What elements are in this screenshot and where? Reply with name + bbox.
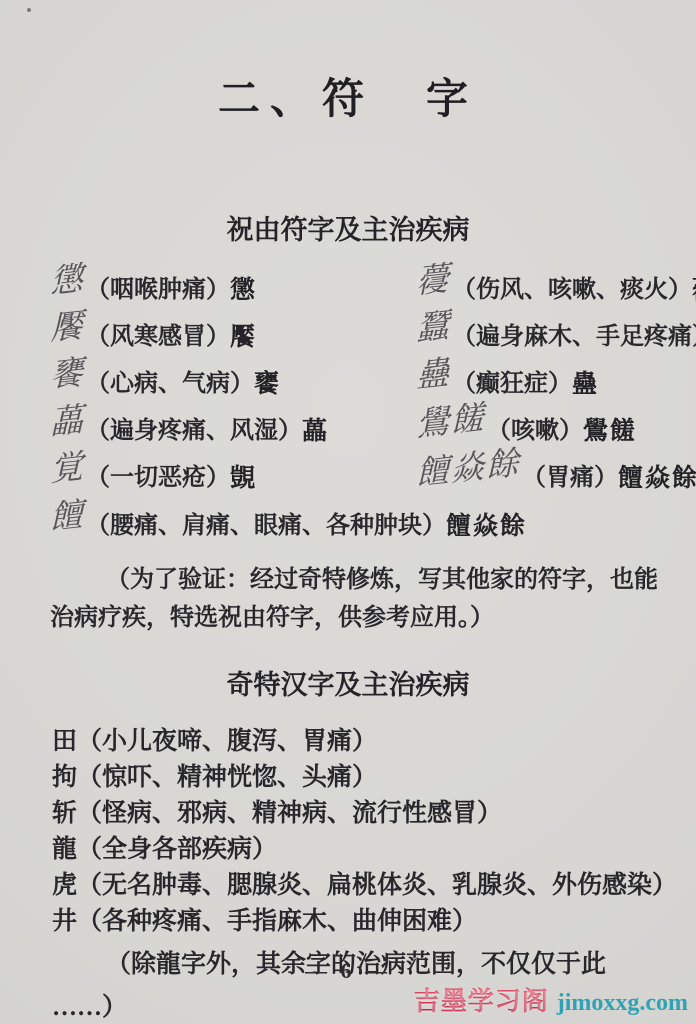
- printed-talisman-glyph: 饜: [230, 317, 257, 353]
- character-line: 拘（惊吓、精神恍惚、头痛）: [52, 760, 670, 796]
- disease-text: （一切恶疮）: [86, 457, 230, 492]
- talisman-list: 懲 （咽喉肿痛） 懲 蘉 （伤风、咳嗽、痰火） 蘉 饜 （风寒感冒） 饜 蠶 （…: [50, 263, 670, 547]
- hand-drawn-talisman-glyph: 蘉: [416, 263, 451, 300]
- talisman-row-pair: 饔 （心病、气病） 饔 蠱 （癫狂症） 蠱: [50, 357, 670, 404]
- disease-text: （癫狂症）: [452, 363, 572, 398]
- hand-drawn-talisman-glyph: 饘: [50, 499, 85, 536]
- disease-text: （咽喉肿痛）: [86, 269, 230, 304]
- printed-talisman-glyph: 饘焱餘: [618, 458, 696, 494]
- healing-character: 拘: [52, 764, 77, 791]
- talisman-row-pair: 懲 （咽喉肿痛） 懲 蘉 （伤风、咳嗽、痰火） 蘉: [50, 263, 670, 310]
- character-line: 斩（怪病、邪病、精神病、流行性感冒）: [52, 796, 670, 832]
- disease-text: （各种疼痛、手指麻木、曲伸困难）: [77, 908, 477, 935]
- disease-text: （遍身麻木、手足疼痛）: [452, 316, 696, 351]
- hand-drawn-talisman-glyph: 蠱: [416, 357, 451, 394]
- talisman-row: 藟 （遍身疼痛、风湿） 藟: [50, 404, 416, 451]
- hand-drawn-talisman-glyph: 鷽饈: [416, 402, 486, 442]
- disease-text: （小儿夜啼、腹泻、胃痛）: [77, 728, 377, 755]
- talisman-row-pair: 覚 （一切恶疮） 覬 饘焱餘 （胃痛） 饘焱餘: [50, 451, 670, 498]
- printed-talisman-glyph: 鷽饈: [583, 411, 637, 447]
- scan-speck: [27, 8, 31, 12]
- printed-talisman-glyph: 懲: [230, 270, 257, 306]
- talisman-row: 蠶 （遍身麻木、手足疼痛） 蠶: [416, 310, 696, 357]
- hand-drawn-talisman-glyph: 懲: [50, 263, 85, 300]
- talisman-row: 蠱 （癫狂症） 蠱: [416, 357, 670, 404]
- section1-heading: 祝由符字及主治疾病: [0, 126, 696, 247]
- hand-drawn-talisman-glyph: 饜: [50, 310, 85, 347]
- section2-heading: 奇特汉字及主治疾病: [0, 637, 696, 702]
- hand-drawn-talisman-glyph: 覚: [50, 451, 85, 488]
- healing-character: 斩: [52, 800, 77, 827]
- scanned-book-page: 二、符 字 祝由符字及主治疾病 懲 （咽喉肿痛） 懲 蘉 （伤风、咳嗽、痰火） …: [0, 0, 696, 1024]
- printed-talisman-glyph: 饘焱餘: [446, 506, 527, 542]
- talisman-row: 饘焱餘 （胃痛） 饘焱餘: [416, 451, 696, 498]
- watermark: 吉墨学习阁 jimoxxg.com: [414, 981, 688, 1018]
- printed-talisman-glyph: 藟: [302, 411, 329, 447]
- disease-text: （遍身疼痛、风湿）: [86, 410, 302, 445]
- healing-character: 田: [52, 728, 77, 755]
- character-line: 龍（全身各部疾病）: [52, 832, 670, 868]
- talisman-row: 鷽饈 （咳嗽） 鷽饈: [416, 404, 670, 451]
- hand-drawn-talisman-glyph: 饘焱餘: [416, 447, 521, 491]
- disease-text: （心病、气病）: [86, 363, 254, 398]
- talisman-row: 饔 （心病、气病） 饔: [50, 357, 416, 404]
- talisman-row: 覚 （一切恶疮） 覬: [50, 451, 416, 498]
- disease-text: （风寒感冒）: [86, 316, 230, 351]
- disease-text: （腰痛、肩痛、眼痛、各种肿块）: [86, 505, 446, 540]
- character-line: 井（各种疼痛、手指麻木、曲伸困难）: [52, 904, 670, 940]
- section1-note: （为了验证：经过奇特修炼，写其他家的符字，也能治病疗疾，特选祝由符字，供参考应用…: [50, 561, 662, 637]
- disease-text: （咳嗽）: [487, 410, 583, 445]
- disease-text: （怪病、邪病、精神病、流行性感冒）: [77, 800, 502, 827]
- disease-text: （伤风、咳嗽、痰火）: [452, 269, 692, 304]
- healing-character: 龍: [52, 836, 77, 863]
- character-line: 田（小儿夜啼、腹泻、胃痛）: [52, 724, 670, 760]
- talisman-row-pair: 饜 （风寒感冒） 饜 蠶 （遍身麻木、手足疼痛） 蠶: [50, 310, 670, 357]
- watermark-site-url: jimoxxg.com: [557, 990, 688, 1017]
- talisman-row-pair: 藟 （遍身疼痛、风湿） 藟 鷽饈 （咳嗽） 鷽饈: [50, 404, 670, 451]
- watermark-site-name: 吉墨学习阁: [414, 981, 549, 1018]
- unusual-character-list: 田（小儿夜啼、腹泻、胃痛） 拘（惊吓、精神恍惚、头痛） 斩（怪病、邪病、精神病、…: [52, 724, 670, 940]
- talisman-row: 蘉 （伤风、咳嗽、痰火） 蘉: [416, 263, 696, 310]
- page-title: 二、符 字: [0, 0, 696, 126]
- hand-drawn-talisman-glyph: 饔: [50, 357, 85, 394]
- printed-talisman-glyph: 覬: [230, 458, 257, 494]
- talisman-row: 饘 （腰痛、肩痛、眼痛、各种肿块） 饘焱餘: [50, 498, 670, 547]
- healing-character: 井: [52, 908, 77, 935]
- printed-talisman-glyph: 蘉: [692, 270, 696, 306]
- printed-talisman-glyph: 饔: [254, 364, 281, 400]
- disease-text: （惊吓、精神恍惚、头痛）: [77, 764, 377, 791]
- character-line: 虎（无名肿毒、腮腺炎、扁桃体炎、乳腺炎、外伤感染）: [52, 868, 670, 904]
- hand-drawn-talisman-glyph: 藟: [50, 404, 85, 441]
- hand-drawn-talisman-glyph: 蠶: [416, 310, 451, 347]
- disease-text: （无名肿毒、腮腺炎、扁桃体炎、乳腺炎、外伤感染）: [77, 872, 677, 899]
- disease-text: （全身各部疾病）: [77, 836, 277, 863]
- talisman-row: 饜 （风寒感冒） 饜: [50, 310, 416, 357]
- healing-character: 虎: [52, 872, 77, 899]
- talisman-row: 懲 （咽喉肿痛） 懲: [50, 263, 416, 310]
- printed-talisman-glyph: 蠱: [572, 364, 599, 400]
- disease-text: （胃痛）: [522, 457, 618, 492]
